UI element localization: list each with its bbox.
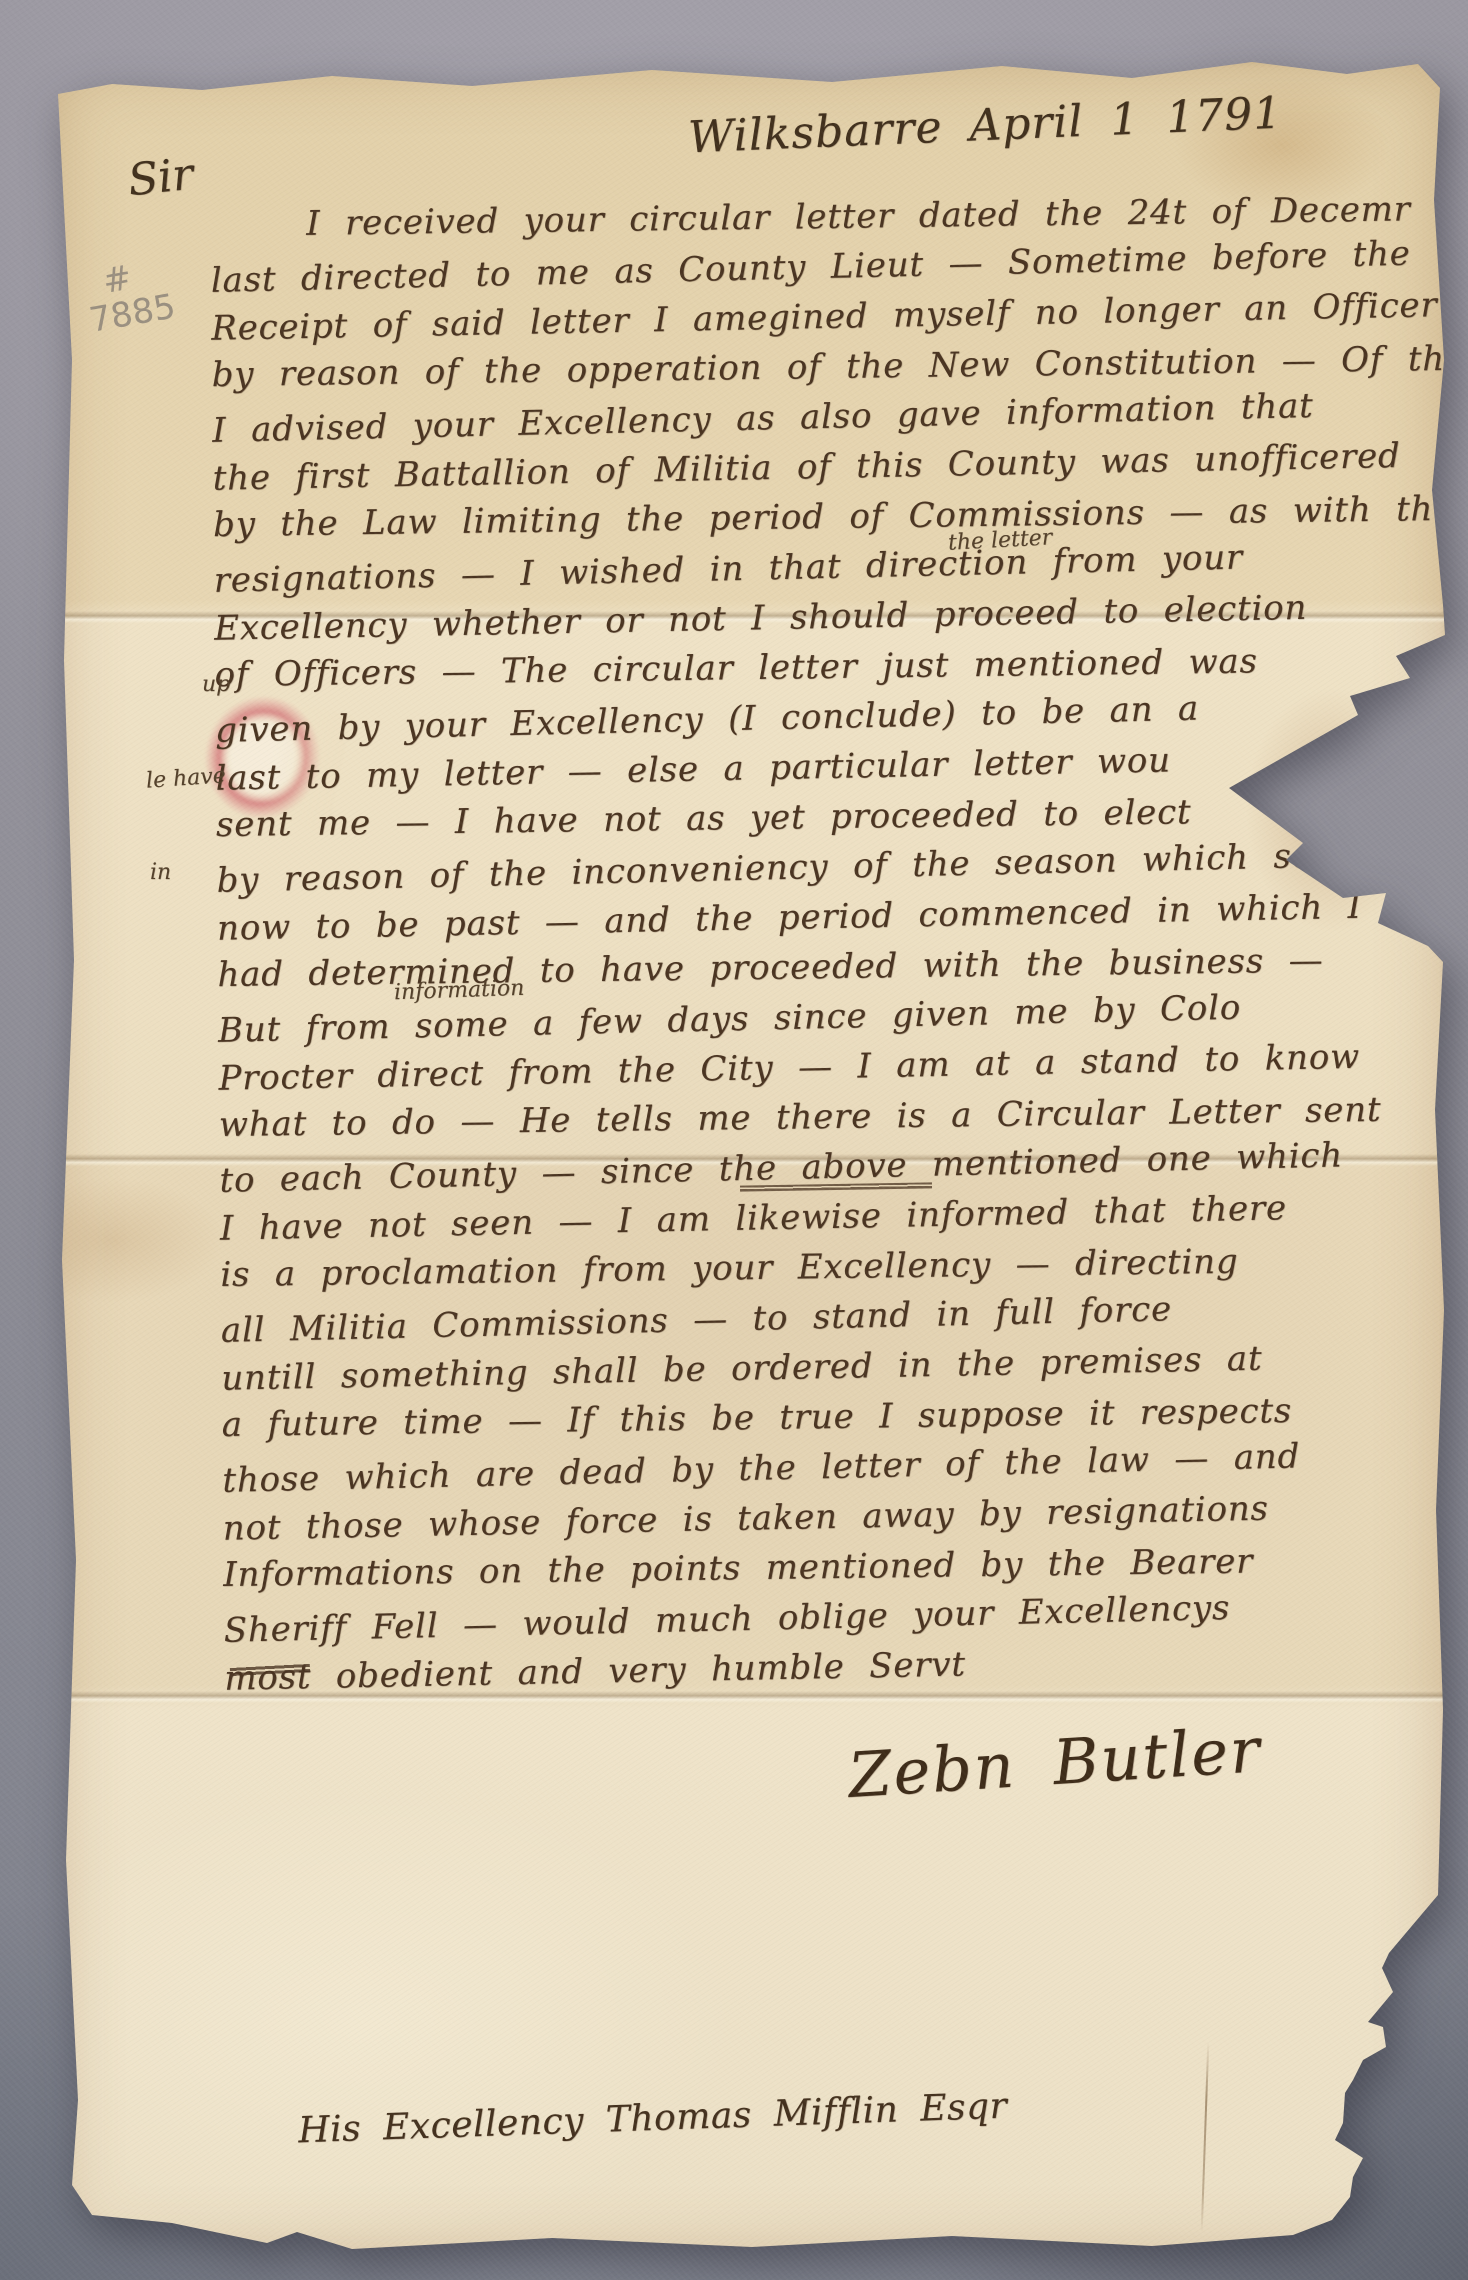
paper-shadow-wrap: # 7885 Wilksbarre April 1 1791 Sir I rec… [0, 0, 1468, 2280]
catalog-number-pencil: # 7885 [80, 253, 177, 339]
letter-body: I received your circular letter dated th… [210, 186, 1429, 1697]
margin-insertion: in [150, 860, 171, 885]
photo-background: # 7885 Wilksbarre April 1 1791 Sir I rec… [0, 0, 1468, 2280]
paper-crack [1201, 2042, 1210, 2232]
margin-insertion: up [202, 672, 230, 697]
salutation: Sir [126, 149, 196, 207]
address-line: His Excellency Thomas Mifflin Esqr [298, 2086, 1008, 2152]
letter-paper: # 7885 Wilksbarre April 1 1791 Sir I rec… [52, 60, 1447, 2260]
interline-insertion: information [394, 976, 525, 1006]
signature: Zebn Butler [846, 1713, 1263, 1812]
dateline: Wilksbarre April 1 1791 [687, 88, 1283, 164]
